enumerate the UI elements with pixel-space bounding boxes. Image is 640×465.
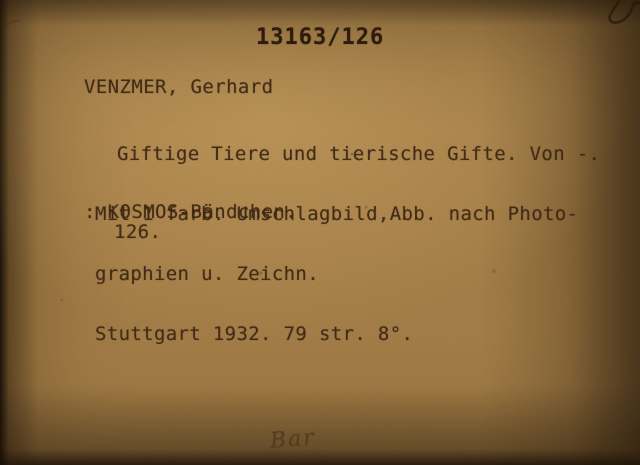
handwritten-note: Bar bbox=[269, 425, 317, 454]
imprint-line: Stuttgart 1932. 79 str. 8°. bbox=[95, 324, 600, 344]
pencil-scribble-icon bbox=[609, 0, 640, 23]
title-statement-line: Giftige Tiere und tierische Gifte. Von -… bbox=[117, 144, 600, 164]
author-heading: VENZMER, Gerhard bbox=[84, 76, 273, 98]
faint-stray-mark-icon bbox=[5, 21, 19, 28]
catalog-number: 13163/126 bbox=[256, 25, 384, 50]
bibliographic-description: Giftige Tiere und tierische Gifte. Von -… bbox=[95, 104, 600, 384]
series-statement: : KOSMOS-Bändchen. bbox=[84, 201, 297, 223]
catalog-card-photo: 13163/126 VENZMER, Gerhard Giftige Tiere… bbox=[0, 0, 640, 465]
illustration-note-line-2: graphien u. Zeichn. bbox=[95, 264, 600, 284]
series-number: 126. bbox=[114, 221, 161, 243]
